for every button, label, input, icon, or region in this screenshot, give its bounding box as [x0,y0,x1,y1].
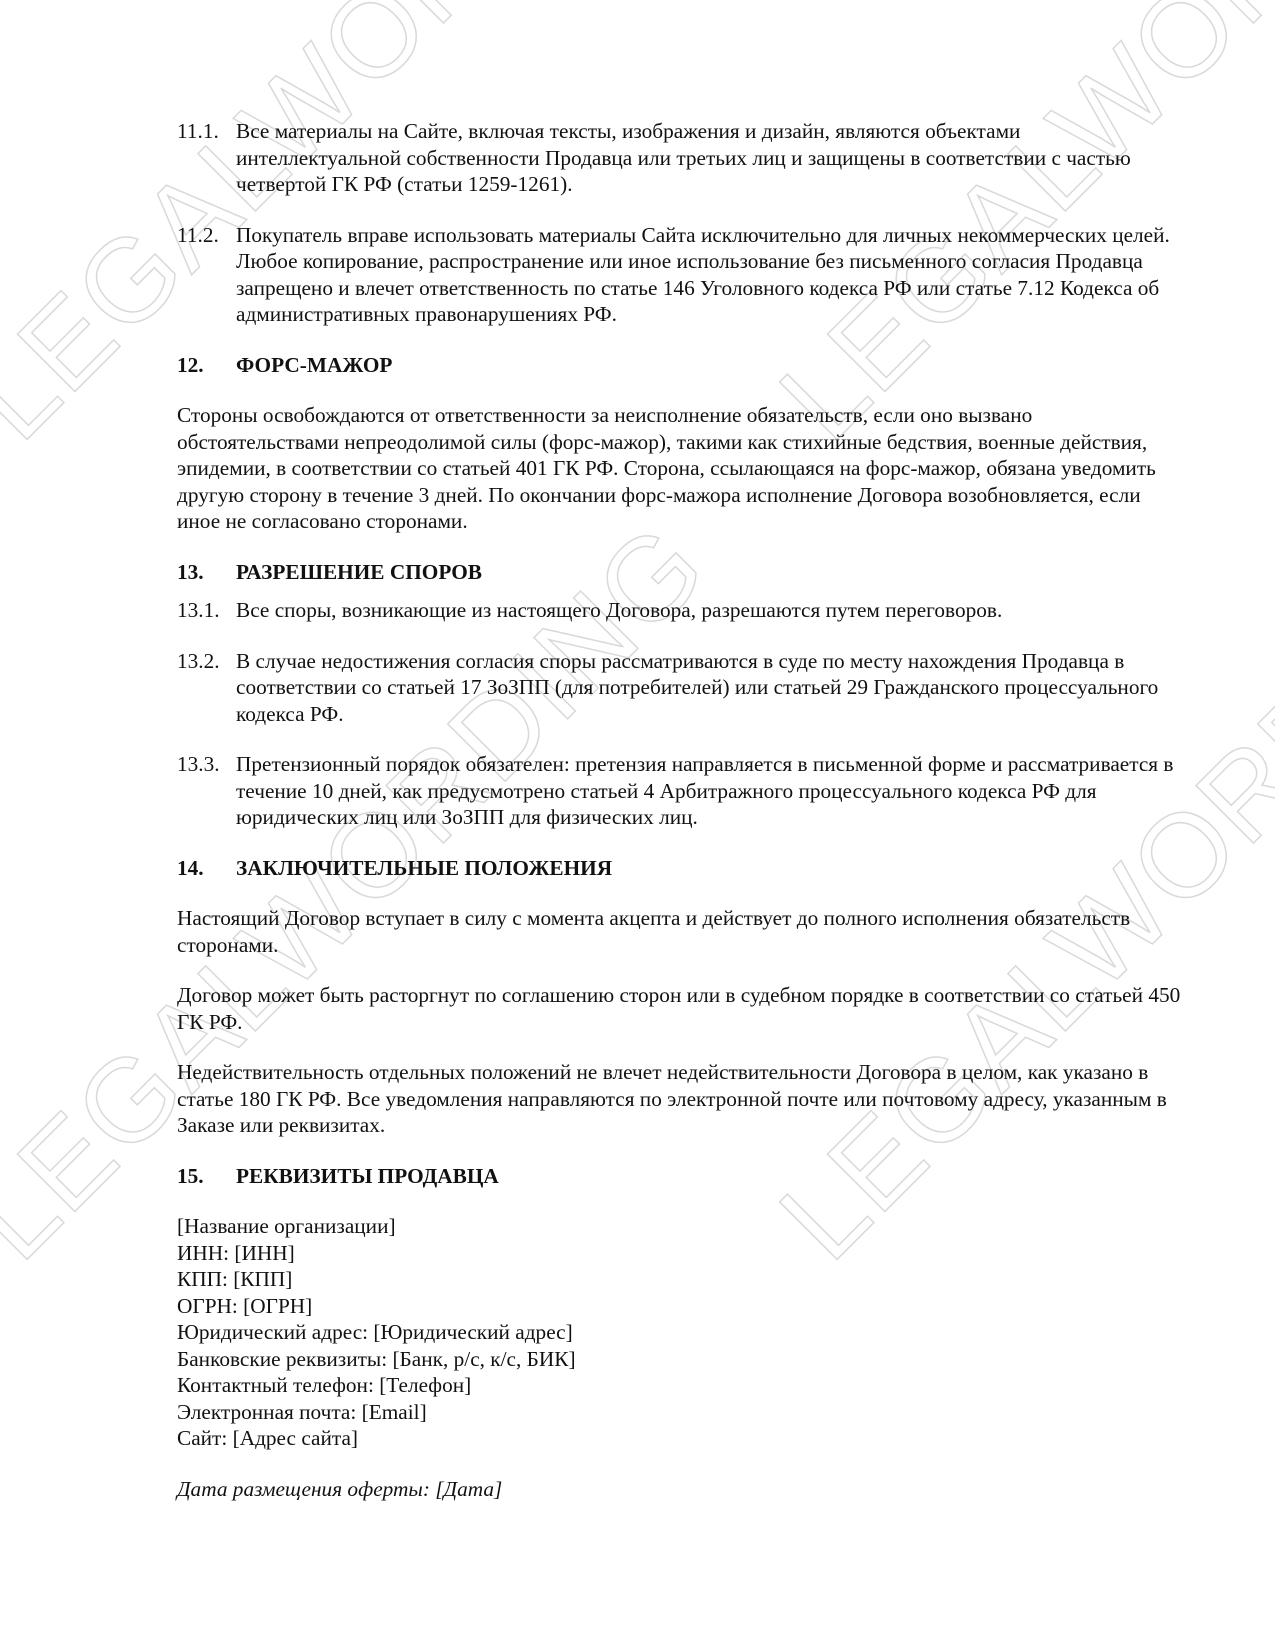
requisite-line: КПП: [КПП] [177,1266,1182,1293]
requisite-line: ОГРН: [ОГРН] [177,1293,1182,1320]
section-number: 13. [177,559,236,586]
clause-11-2: 11.2. Покупатель вправе использовать мат… [177,222,1182,328]
paragraph: Договор может быть расторгнут по соглаше… [177,982,1182,1035]
section-title: ЗАКЛЮЧИТЕЛЬНЫЕ ПОЛОЖЕНИЯ [236,855,612,882]
section-title: РЕКВИЗИТЫ ПРОДАВЦА [236,1163,499,1190]
clause-text: Все споры, возникающие из настоящего Дог… [236,597,1182,624]
clause-13-1: 13.1. Все споры, возникающие из настояще… [177,597,1182,624]
paragraph: Недействительность отдельных положений н… [177,1059,1182,1139]
clause-13-3: 13.3. Претензионный порядок обязателен: … [177,751,1182,831]
requisite-line: Электронная почта: [Email] [177,1399,1182,1426]
section-title: РАЗРЕШЕНИЕ СПОРОВ [236,559,482,586]
clause-text: Претензионный порядок обязателен: претен… [236,751,1182,831]
section-heading-14: 14. ЗАКЛЮЧИТЕЛЬНЫЕ ПОЛОЖЕНИЯ [177,855,1182,882]
clause-number: 13.2. [177,648,236,728]
paragraph: Стороны освобождаются от ответственности… [177,402,1182,535]
requisite-line: Контактный телефон: [Телефон] [177,1372,1182,1399]
clause-11-1: 11.1. Все материалы на Сайте, включая те… [177,118,1182,198]
clause-text: Покупатель вправе использовать материалы… [236,222,1182,328]
section-title: ФОРС-МАЖОР [236,352,392,379]
seller-requisites: [Название организации] ИНН: [ИНН] КПП: [… [177,1213,1182,1452]
clause-text: Все материалы на Сайте, включая тексты, … [236,118,1182,198]
clause-number: 13.3. [177,751,236,831]
requisite-line: [Название организации] [177,1213,1182,1240]
requisite-line: ИНН: [ИНН] [177,1240,1182,1267]
clause-number: 11.2. [177,222,236,328]
requisite-line: Банковские реквизиты: [Банк, р/с, к/с, Б… [177,1346,1182,1373]
section-heading-12: 12. ФОРС-МАЖОР [177,352,1182,379]
offer-date: Дата размещения оферты: [Дата] [177,1476,1182,1503]
paragraph: Настоящий Договор вступает в силу с моме… [177,905,1182,958]
clause-number: 11.1. [177,118,236,198]
document-page: 11.1. Все материалы на Сайте, включая те… [177,118,1182,1502]
section-number: 15. [177,1163,236,1190]
section-heading-13: 13. РАЗРЕШЕНИЕ СПОРОВ [177,559,1182,586]
section-heading-15: 15. РЕКВИЗИТЫ ПРОДАВЦА [177,1163,1182,1190]
clause-text: В случае недостижения согласия споры рас… [236,648,1182,728]
clause-number: 13.1. [177,597,236,624]
section-number: 14. [177,855,236,882]
section-number: 12. [177,352,236,379]
requisite-line: Сайт: [Адрес сайта] [177,1425,1182,1452]
clause-13-2: 13.2. В случае недостижения согласия спо… [177,648,1182,728]
requisite-line: Юридический адрес: [Юридический адрес] [177,1319,1182,1346]
